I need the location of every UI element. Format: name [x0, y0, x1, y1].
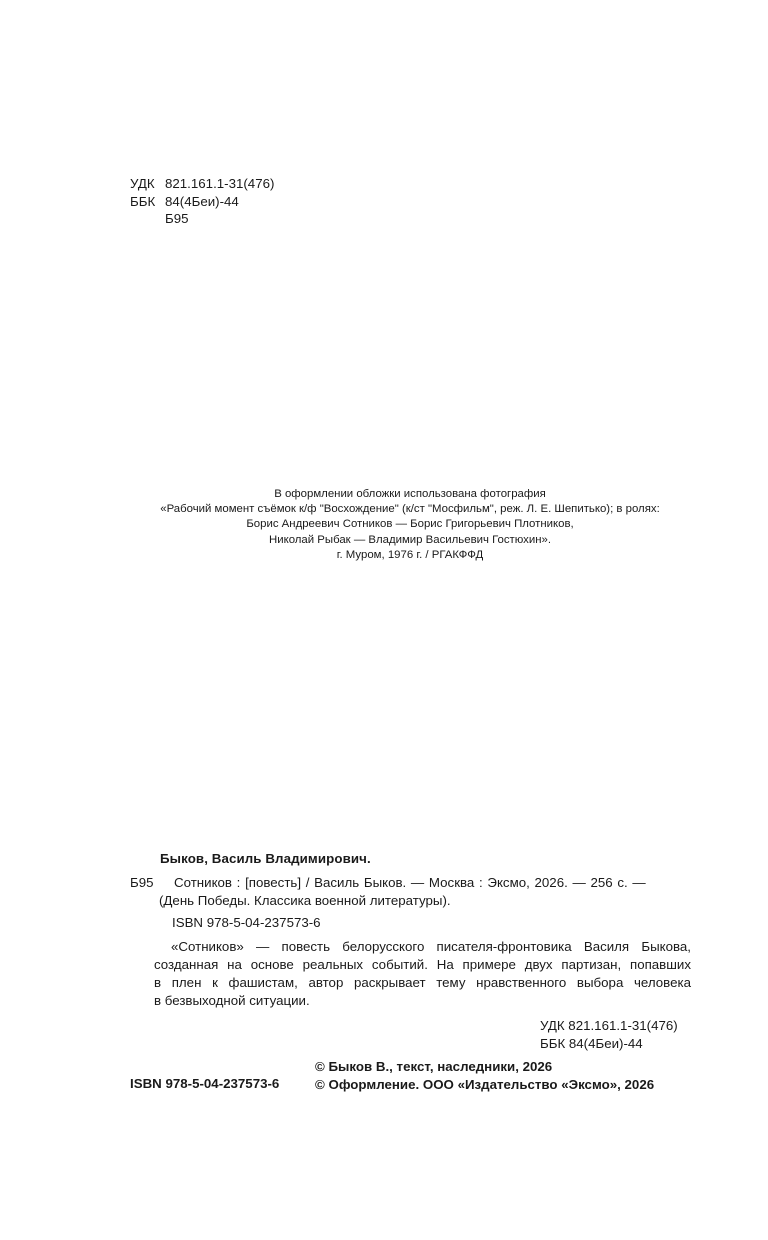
bbk-row: ББК 84(4Беи)-44 [130, 193, 274, 211]
bbk-value: 84(4Беи)-44 [165, 193, 239, 211]
annotation: «Сотников» — повесть белорусского писате… [154, 938, 691, 1010]
copyright-text: © Быков В., текст, наследники, 2026 [315, 1058, 654, 1076]
cover-credit-line: Николай Рыбак — Владимир Васильевич Гост… [130, 533, 690, 548]
udk-label: УДК [130, 175, 165, 193]
udk-row: УДК 821.161.1-31(476) [130, 175, 274, 193]
description-row-1: Б95 Сотников : [повесть] / Василь Быков.… [130, 874, 692, 892]
classification-block-bottom: УДК 821.161.1-31(476) ББК 84(4Беи)-44 [540, 1017, 678, 1052]
author-mark-top: Б95 [130, 210, 274, 228]
cover-credit-line: В оформлении обложки использована фотогр… [130, 487, 690, 502]
annotation-line: в безвыходной ситуации. [154, 992, 691, 1010]
cover-credit-line: «Рабочий момент съёмок к/ф "Восхождение"… [130, 502, 690, 517]
cover-credit: В оформлении обложки использована фотогр… [130, 487, 690, 563]
copyright-block: © Быков В., текст, наследники, 2026 © Оф… [315, 1058, 654, 1093]
annotation-line: в плен к фашистам, автор раскрывает тему… [154, 974, 691, 992]
classification-block-top: УДК 821.161.1-31(476) ББК 84(4Беи)-44 Б9… [130, 175, 274, 228]
annotation-line: созданная на основе реальных событий. На… [154, 956, 691, 974]
author-heading: Быков, Василь Владимирович. [160, 851, 371, 866]
description-line-1: Сотников : [повесть] / Василь Быков. — М… [174, 874, 646, 892]
udk-value: 821.161.1-31(476) [165, 175, 274, 193]
isbn: ISBN 978-5-04-237573-6 [172, 915, 321, 930]
cover-credit-line: Борис Андреевич Сотников — Борис Григорь… [130, 517, 690, 532]
isbn-footer: ISBN 978-5-04-237573-6 [130, 1075, 279, 1093]
bbk-label: ББК [130, 193, 165, 211]
author-mark: Б95 [130, 874, 174, 892]
copyright-design: © Оформление. ООО «Издательство «Эксмо»,… [315, 1076, 654, 1094]
annotation-line: «Сотников» — повесть белорусского писате… [154, 938, 691, 956]
cover-credit-line: г. Муром, 1976 г. / РГАКФФД [130, 548, 690, 563]
bibliographic-description: Б95 Сотников : [повесть] / Василь Быков.… [130, 874, 692, 909]
description-line-2: (День Победы. Классика военной литератур… [130, 892, 692, 910]
bbk-bottom: ББК 84(4Беи)-44 [540, 1035, 678, 1053]
udk-bottom: УДК 821.161.1-31(476) [540, 1017, 678, 1035]
